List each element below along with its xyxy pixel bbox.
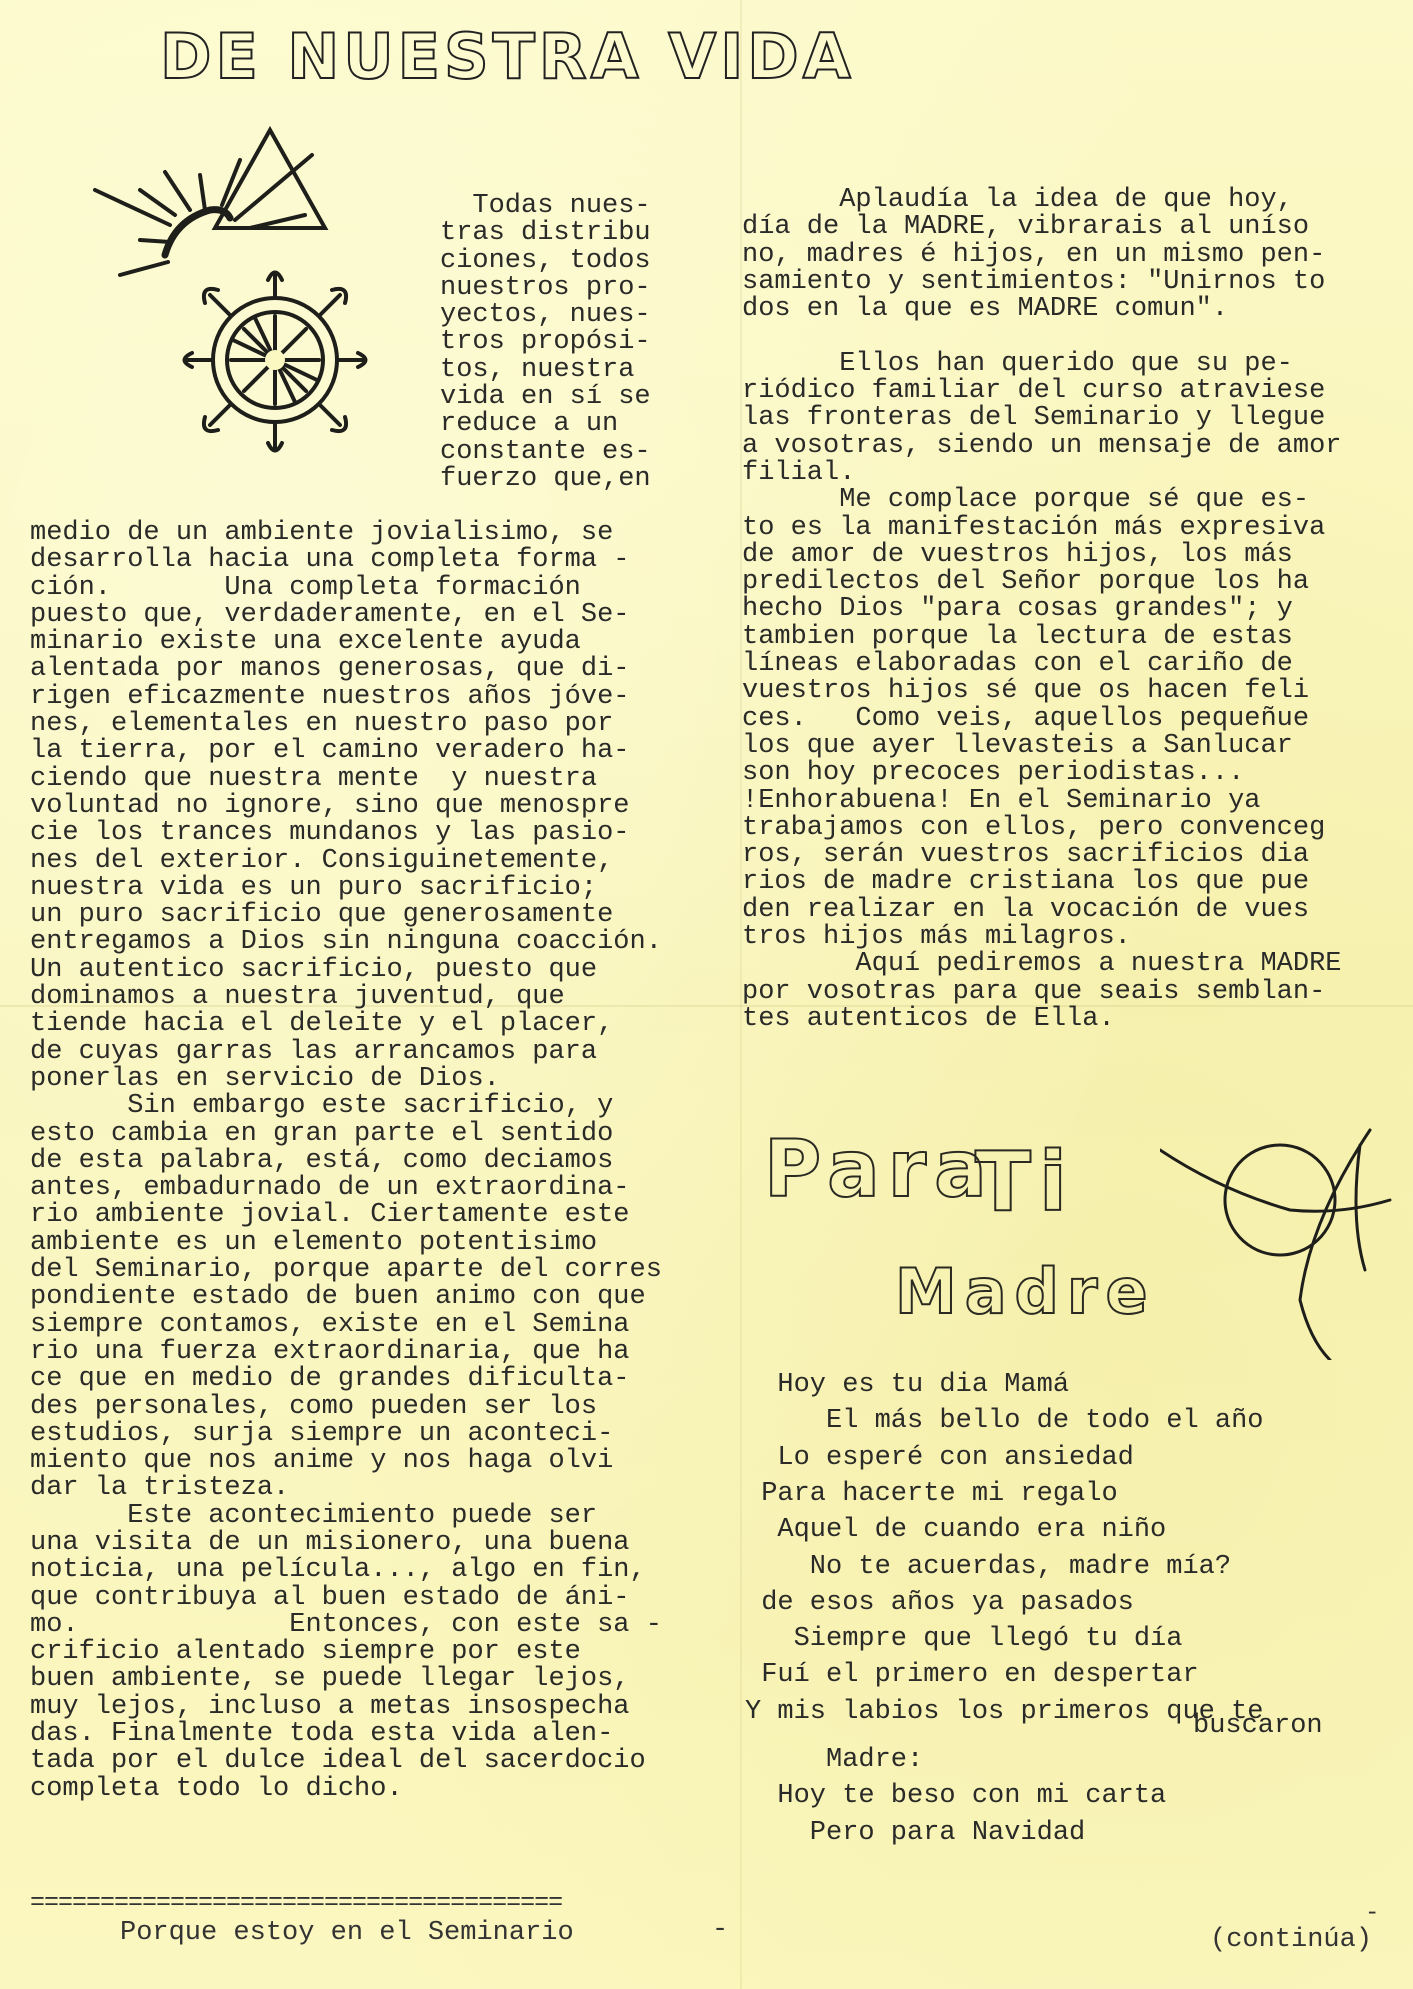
text-line: no, madres é hijos, en un mismo pen-	[742, 242, 1342, 269]
text-line: rio una fuerza extraordinaria, que ha	[30, 1339, 662, 1366]
text-line	[742, 323, 1342, 350]
poem-line: No te acuerdas, madre mía?	[810, 1552, 1231, 1582]
text-line: del Seminario, porque aparte del corres	[30, 1257, 662, 1284]
text-line: por vosotras para que seais semblan-	[742, 979, 1342, 1006]
text-line: dos en la que es MADRE comun".	[742, 296, 1342, 323]
text-line: que contribuya al buen estado de áni-	[30, 1585, 662, 1612]
text-line: ros, serán vuestros sacrificios dia	[742, 842, 1342, 869]
poem-line: Para hacerte mi regalo	[761, 1479, 1117, 1509]
text-line: den realizar en la vocación de vues	[742, 897, 1342, 924]
text-line: siempre contamos, existe en el Semina	[30, 1312, 662, 1339]
continued-label: (continúa)	[1210, 1925, 1372, 1955]
separator-line: ======================================	[30, 1888, 562, 1917]
text-line: Este acontecimiento puede ser	[30, 1503, 662, 1530]
text-line: nuestra vida es un puro sacrificio;	[30, 875, 662, 902]
text-line: líneas elaboradas con el cariño de	[742, 651, 1342, 678]
text-line: tras distribu	[440, 220, 651, 247]
text-line: !Enhorabuena! En el Seminario ya	[742, 788, 1342, 815]
text-line: rio ambiente jovial. Ciertamente este	[30, 1202, 662, 1229]
sun-triangle-drawing	[50, 110, 330, 280]
text-line: trabajamos con ellos, pero convenceg	[742, 815, 1342, 842]
poem-heading-madre: Madre	[895, 1255, 1156, 1328]
text-line: ciendo que nuestra mente y nuestra	[30, 766, 662, 793]
text-line: Ellos han querido que su pe-	[742, 351, 1342, 378]
text-line: predilectos del Señor porque los ha	[742, 569, 1342, 596]
text-line: un puro sacrificio que generosamente	[30, 902, 662, 929]
poem-line: Hoy te beso con mi carta	[777, 1781, 1166, 1811]
text-line: Sin embargo este sacrificio, y	[30, 1093, 662, 1120]
text-line: tada por el dulce ideal del sacerdocio	[30, 1748, 662, 1775]
text-line: nuestros pro-	[440, 275, 651, 302]
text-line: ción. Una completa formación	[30, 575, 662, 602]
poem-line: Pero para Navidad	[810, 1818, 1085, 1848]
text-line: los que ayer llevasteis a Sanlucar	[742, 733, 1342, 760]
text-line: una visita de un misionero, una buena	[30, 1530, 662, 1557]
text-line: ponerlas en servicio de Dios.	[30, 1066, 662, 1093]
text-line: fuerzo que,en	[440, 466, 651, 493]
text-line: ce que en medio de grandes dificulta-	[30, 1366, 662, 1393]
text-line: la tierra, por el camino veradero ha-	[30, 738, 662, 765]
text-line: voluntad no ignore, sino que menospre	[30, 793, 662, 820]
text-line: tambien porque la lectura de estas	[742, 624, 1342, 651]
text-line: estudios, surja siempre un aconteci-	[30, 1421, 662, 1448]
poem-line: Lo esperé con ansiedad	[777, 1443, 1133, 1473]
text-line: tros propósi-	[440, 329, 651, 356]
poem-line: Siempre que llegó tu día	[794, 1624, 1183, 1654]
text-line: nes, elementales en nuestro paso por	[30, 711, 662, 738]
text-line: entregamos a Dios sin ninguna coacción.	[30, 929, 662, 956]
text-line: día de la MADRE, vibrarais al uníso	[742, 214, 1342, 241]
text-line: de esta palabra, está, como deciamos	[30, 1148, 662, 1175]
text-line: puesto que, verdaderamente, en el Se-	[30, 602, 662, 629]
text-line: rios de madre cristiana los que pue	[742, 869, 1342, 896]
poem-overflow-word: buscaron	[1193, 1711, 1323, 1741]
text-line: samiento y sentimientos: "Unirnos to	[742, 269, 1342, 296]
text-line: mo. Entonces, con este sa -	[30, 1612, 662, 1639]
text-line: alentada por manos generosas, que di-	[30, 656, 662, 683]
text-line: ces. Como veis, aquellos pequeñue	[742, 706, 1342, 733]
poem-line: Aquel de cuando era niño	[777, 1515, 1166, 1545]
text-line: Todas nues-	[440, 193, 651, 220]
text-line: tes autenticos de Ella.	[742, 1006, 1342, 1033]
text-line: de amor de vuestros hijos, los más	[742, 542, 1342, 569]
poem-line: El más bello de todo el año	[826, 1406, 1263, 1436]
text-line: antes, embadurnado de un extraordina-	[30, 1175, 662, 1202]
masthead-title: De nuestra Vida	[160, 20, 855, 93]
ships-wheel-drawing	[175, 260, 375, 460]
text-line: reduce a un	[440, 411, 651, 438]
text-line: minario existe una excelente ayuda	[30, 629, 662, 656]
text-line: de cuyas garras las arrancamos para	[30, 1039, 662, 1066]
poem-line: Fuí el primero en despertar	[761, 1660, 1198, 1690]
text-line: ambiente es un elemento potentisimo	[30, 1230, 662, 1257]
poem-line: de esos años ya pasados	[761, 1588, 1134, 1618]
letter-to-mothers: Aplaudía la idea de que hoy,día de la MA…	[742, 187, 1342, 1033]
text-line: buen ambiente, se puede llegar lejos,	[30, 1666, 662, 1693]
article-intro: Todas nues-tras distribuciones, todosnue…	[440, 193, 651, 493]
text-line: das. Finalmente toda esta vida alen-	[30, 1721, 662, 1748]
text-line: Me complace porque sé que es-	[742, 487, 1342, 514]
text-line: esto cambia en gran parte el sentido	[30, 1121, 662, 1148]
text-line: ciones, todos	[440, 248, 651, 275]
text-line: muy lejos, incluso a metas insospecha	[30, 1694, 662, 1721]
text-line: tiende hacia el deleite y el placer,	[30, 1011, 662, 1038]
text-line: desarrolla hacia una completa forma -	[30, 547, 662, 574]
text-line: hecho Dios "para cosas grandes"; y	[742, 596, 1342, 623]
text-line: des personales, como pueden ser los	[30, 1394, 662, 1421]
text-line: dominamos a nuestra juventud, que	[30, 984, 662, 1011]
text-line: noticia, una película..., algo en fin,	[30, 1557, 662, 1584]
text-line: a vosotras, siendo un mensaje de amor	[742, 433, 1342, 460]
text-line: medio de un ambiente jovialisimo, se	[30, 520, 662, 547]
poem-dash: -	[1365, 1900, 1379, 1927]
text-line: rigen eficazmente nuestros años jóve-	[30, 684, 662, 711]
footer-dash: -	[712, 1915, 728, 1945]
text-line: vida en sí se	[440, 384, 651, 411]
text-line: Aquí pediremos a nuestra MADRE	[742, 951, 1342, 978]
text-line: son hoy precoces periodistas...	[742, 760, 1342, 787]
text-line: las fronteras del Seminario y llegue	[742, 405, 1342, 432]
poem-line: Madre:	[826, 1745, 923, 1775]
poem-heading-para: Para	[764, 1125, 995, 1215]
poem-heading-ti: Ti	[975, 1135, 1075, 1230]
text-line: tros hijos más milagros.	[742, 924, 1342, 951]
text-line: vuestros hijos sé que os hacen feli	[742, 678, 1342, 705]
text-line: yectos, nues-	[440, 302, 651, 329]
text-line: crificio alentado siempre por este	[30, 1639, 662, 1666]
text-line: filial.	[742, 460, 1342, 487]
text-line: nes del exterior. Consiguinetemente,	[30, 848, 662, 875]
text-line: to es la manifestación más expresiva	[742, 515, 1342, 542]
text-line: tos, nuestra	[440, 357, 651, 384]
signature-scribble	[1160, 1120, 1410, 1360]
text-line: pondiente estado de buen animo con que	[30, 1284, 662, 1311]
text-line: completa todo lo dicho.	[30, 1776, 662, 1803]
poem-line: Hoy es tu dia Mamá	[777, 1370, 1069, 1400]
text-line: Aplaudía la idea de que hoy,	[742, 187, 1342, 214]
text-line: Un autentico sacrificio, puesto que	[30, 957, 662, 984]
text-line: cie los trances mundanos y las pasio-	[30, 820, 662, 847]
text-line: riódico familiar del curso atraviese	[742, 378, 1342, 405]
text-line: dar la tristeza.	[30, 1475, 662, 1502]
poem-line: Y mis labios los primeros que te	[745, 1697, 1263, 1727]
text-line: miento que nos anime y nos haga olvi	[30, 1448, 662, 1475]
text-line: constante es-	[440, 439, 651, 466]
next-article-title: Porque estoy en el Seminario	[120, 1918, 574, 1948]
article-body: medio de un ambiente jovialisimo, sedesa…	[30, 520, 662, 1803]
